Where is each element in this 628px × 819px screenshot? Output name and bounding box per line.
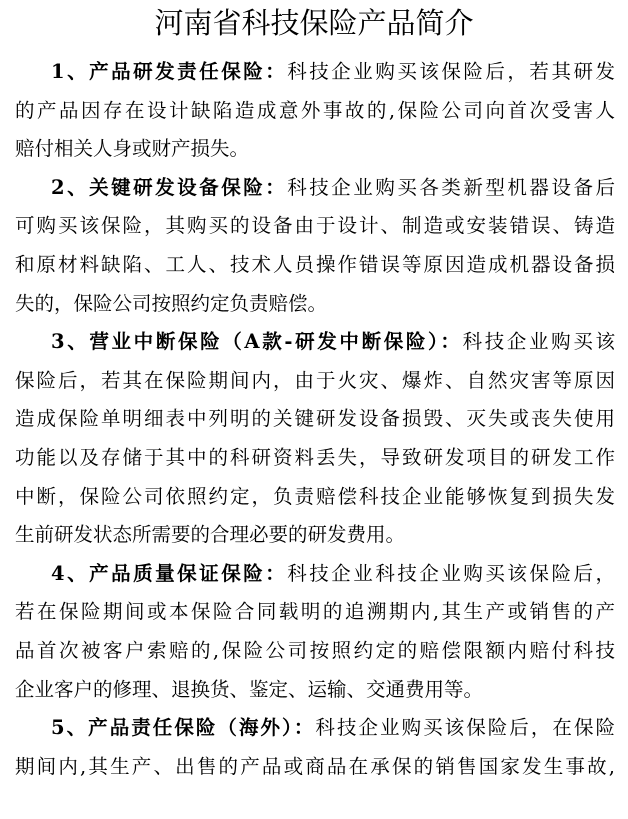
section-line: 赔付相关人身或财产损失。 xyxy=(15,130,615,169)
section-line: 若在保险期间或本保险合同载明的追溯期内,其生产或销售的产 xyxy=(15,593,615,632)
document-title: 河南省科技保险产品简介 xyxy=(0,4,628,42)
section-line: 可购买该保险，其购买的设备由于设计、制造或安装错误、铸造 xyxy=(15,207,615,246)
section-line: 1、产品研发责任保险：科技企业购买该保险后，若其研发 xyxy=(15,53,615,92)
section-line: 和原材料缺陷、工人、技术人员操作错误等原因造成机器设备损 xyxy=(15,246,615,285)
section-1: 1、产品研发责任保险：科技企业购买该保险后，若其研发 的产品因存在设计缺陷造成意… xyxy=(15,53,615,169)
section-line: 期间内,其生产、出售的产品或商品在承保的销售国家发生事故, xyxy=(15,748,615,787)
section-text: 科技企业购买该保险后，在保险 xyxy=(315,716,615,739)
section-2: 2、关键研发设备保险：科技企业购买各类新型机器设备后 可购买该保险，其购买的设备… xyxy=(15,169,615,323)
section-line: 4、产品质量保证保险：科技企业科技企业购买该保险后， xyxy=(15,555,615,594)
section-line: 品首次被客户索赔的,保险公司按照约定的赔偿限额内赔付科技 xyxy=(15,632,615,671)
section-heading: 1、产品研发责任保险： xyxy=(51,60,287,83)
section-line: 企业客户的修理、退换货、鉴定、运输、交通费用等。 xyxy=(15,671,615,710)
section-line: 造成保险单明细表中列明的关键研发设备损毁、灭失或丧失使用 xyxy=(15,400,615,439)
section-heading: 2、关键研发设备保险： xyxy=(51,176,287,199)
document-body: 1、产品研发责任保险：科技企业购买该保险后，若其研发 的产品因存在设计缺陷造成意… xyxy=(15,53,615,786)
section-line: 保险后，若其在保险期间内，由于火灾、爆炸、自然灾害等原因 xyxy=(15,362,615,401)
section-line: 功能以及存储于其中的科研资料丢失，导致研发项目的研发工作 xyxy=(15,439,615,478)
section-text: 科技企业科技企业购买该保险后， xyxy=(287,562,615,585)
section-heading: 3、营业中断保险（A款-研发中断保险）： xyxy=(51,330,463,353)
section-4: 4、产品质量保证保险：科技企业科技企业购买该保险后， 若在保险期间或本保险合同载… xyxy=(15,555,615,709)
section-line: 5、产品责任保险（海外）：科技企业购买该保险后，在保险 xyxy=(15,709,615,748)
section-text: 科技企业购买各类新型机器设备后 xyxy=(287,176,615,199)
section-heading: 4、产品质量保证保险： xyxy=(51,562,287,585)
section-5: 5、产品责任保险（海外）：科技企业购买该保险后，在保险 期间内,其生产、出售的产… xyxy=(15,709,615,786)
section-line: 失的，保险公司按照约定负责赔偿。 xyxy=(15,285,615,324)
section-text: 科技企业购买该保险后，若其研发 xyxy=(287,60,615,83)
section-3: 3、营业中断保险（A款-研发中断保险）：科技企业购买该 保险后，若其在保险期间内… xyxy=(15,323,615,555)
section-text: 科技企业购买该 xyxy=(463,330,615,353)
section-line: 中断，保险公司依照约定，负责赔偿科技企业能够恢复到损失发 xyxy=(15,478,615,517)
section-line: 3、营业中断保险（A款-研发中断保险）：科技企业购买该 xyxy=(15,323,615,362)
section-line: 2、关键研发设备保险：科技企业购买各类新型机器设备后 xyxy=(15,169,615,208)
section-line: 生前研发状态所需要的合理必要的研发费用。 xyxy=(15,516,615,555)
section-heading: 5、产品责任保险（海外）： xyxy=(51,716,315,739)
section-line: 的产品因存在设计缺陷造成意外事故的,保险公司向首次受害人 xyxy=(15,92,615,131)
